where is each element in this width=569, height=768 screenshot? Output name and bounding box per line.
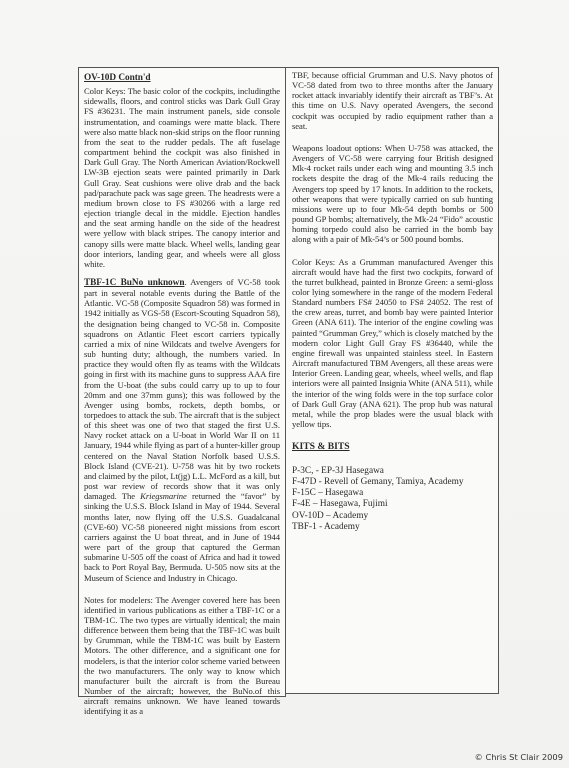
kit-item: P-3C, - EP-3J Hasegawa [292,466,493,477]
section-heading-ov10d: OV-10D Contn'd [84,73,151,83]
right-column: TBF, because official Grumman and U.S. N… [285,67,499,694]
kit-item: TBF-1 - Academy [292,522,493,533]
tbf1c-history-paragraph: TBF-1C BuNo unknown. Avengers of VC-58 t… [84,277,280,583]
document-page: OV-10D Contn'd Color Keys: The basic col… [0,0,569,768]
notes-for-modelers-paragraph: Notes for modelers: The Avenger covered … [84,595,280,717]
ov10d-color-keys-paragraph: Color Keys: The basic color of the cockp… [84,86,280,269]
left-column: OV-10D Contn'd Color Keys: The basic col… [78,67,286,697]
kit-item: F-4E – Hasegawa, Fujimi [292,499,493,510]
kits-list: P-3C, - EP-3J Hasegawa F-47D - Revell of… [292,466,493,533]
weapons-loadout-paragraph: Weapons loadout options: When U-758 was … [292,143,493,245]
tbf-color-keys-paragraph: Color Keys: As a Grumman manufactured Av… [292,257,493,430]
kriegsmarine-italic: Kriegsmarine [140,491,187,501]
ov10d-section: OV-10D Contn'd [84,72,280,83]
tbf1c-text-a: . Avengers of VC-58 took part in several… [84,277,280,501]
kits-and-bits-heading: KITS & BITS [292,441,493,452]
tbf1c-text-b: returned the “favor” by sinking the U.S.… [84,491,280,582]
section-heading-tbf1c: TBF-1C BuNo unknown [84,278,184,288]
continuation-paragraph: TBF, because official Grumman and U.S. N… [292,70,493,131]
kit-item: OV-10D – Academy [292,511,493,522]
kit-item: F-15C – Hasegawa [292,488,493,499]
copyright-notice: © Chris St Clair 2009 [475,752,563,762]
kit-item: F-47D - Revell of Gemany, Tamiya, Academ… [292,477,493,488]
